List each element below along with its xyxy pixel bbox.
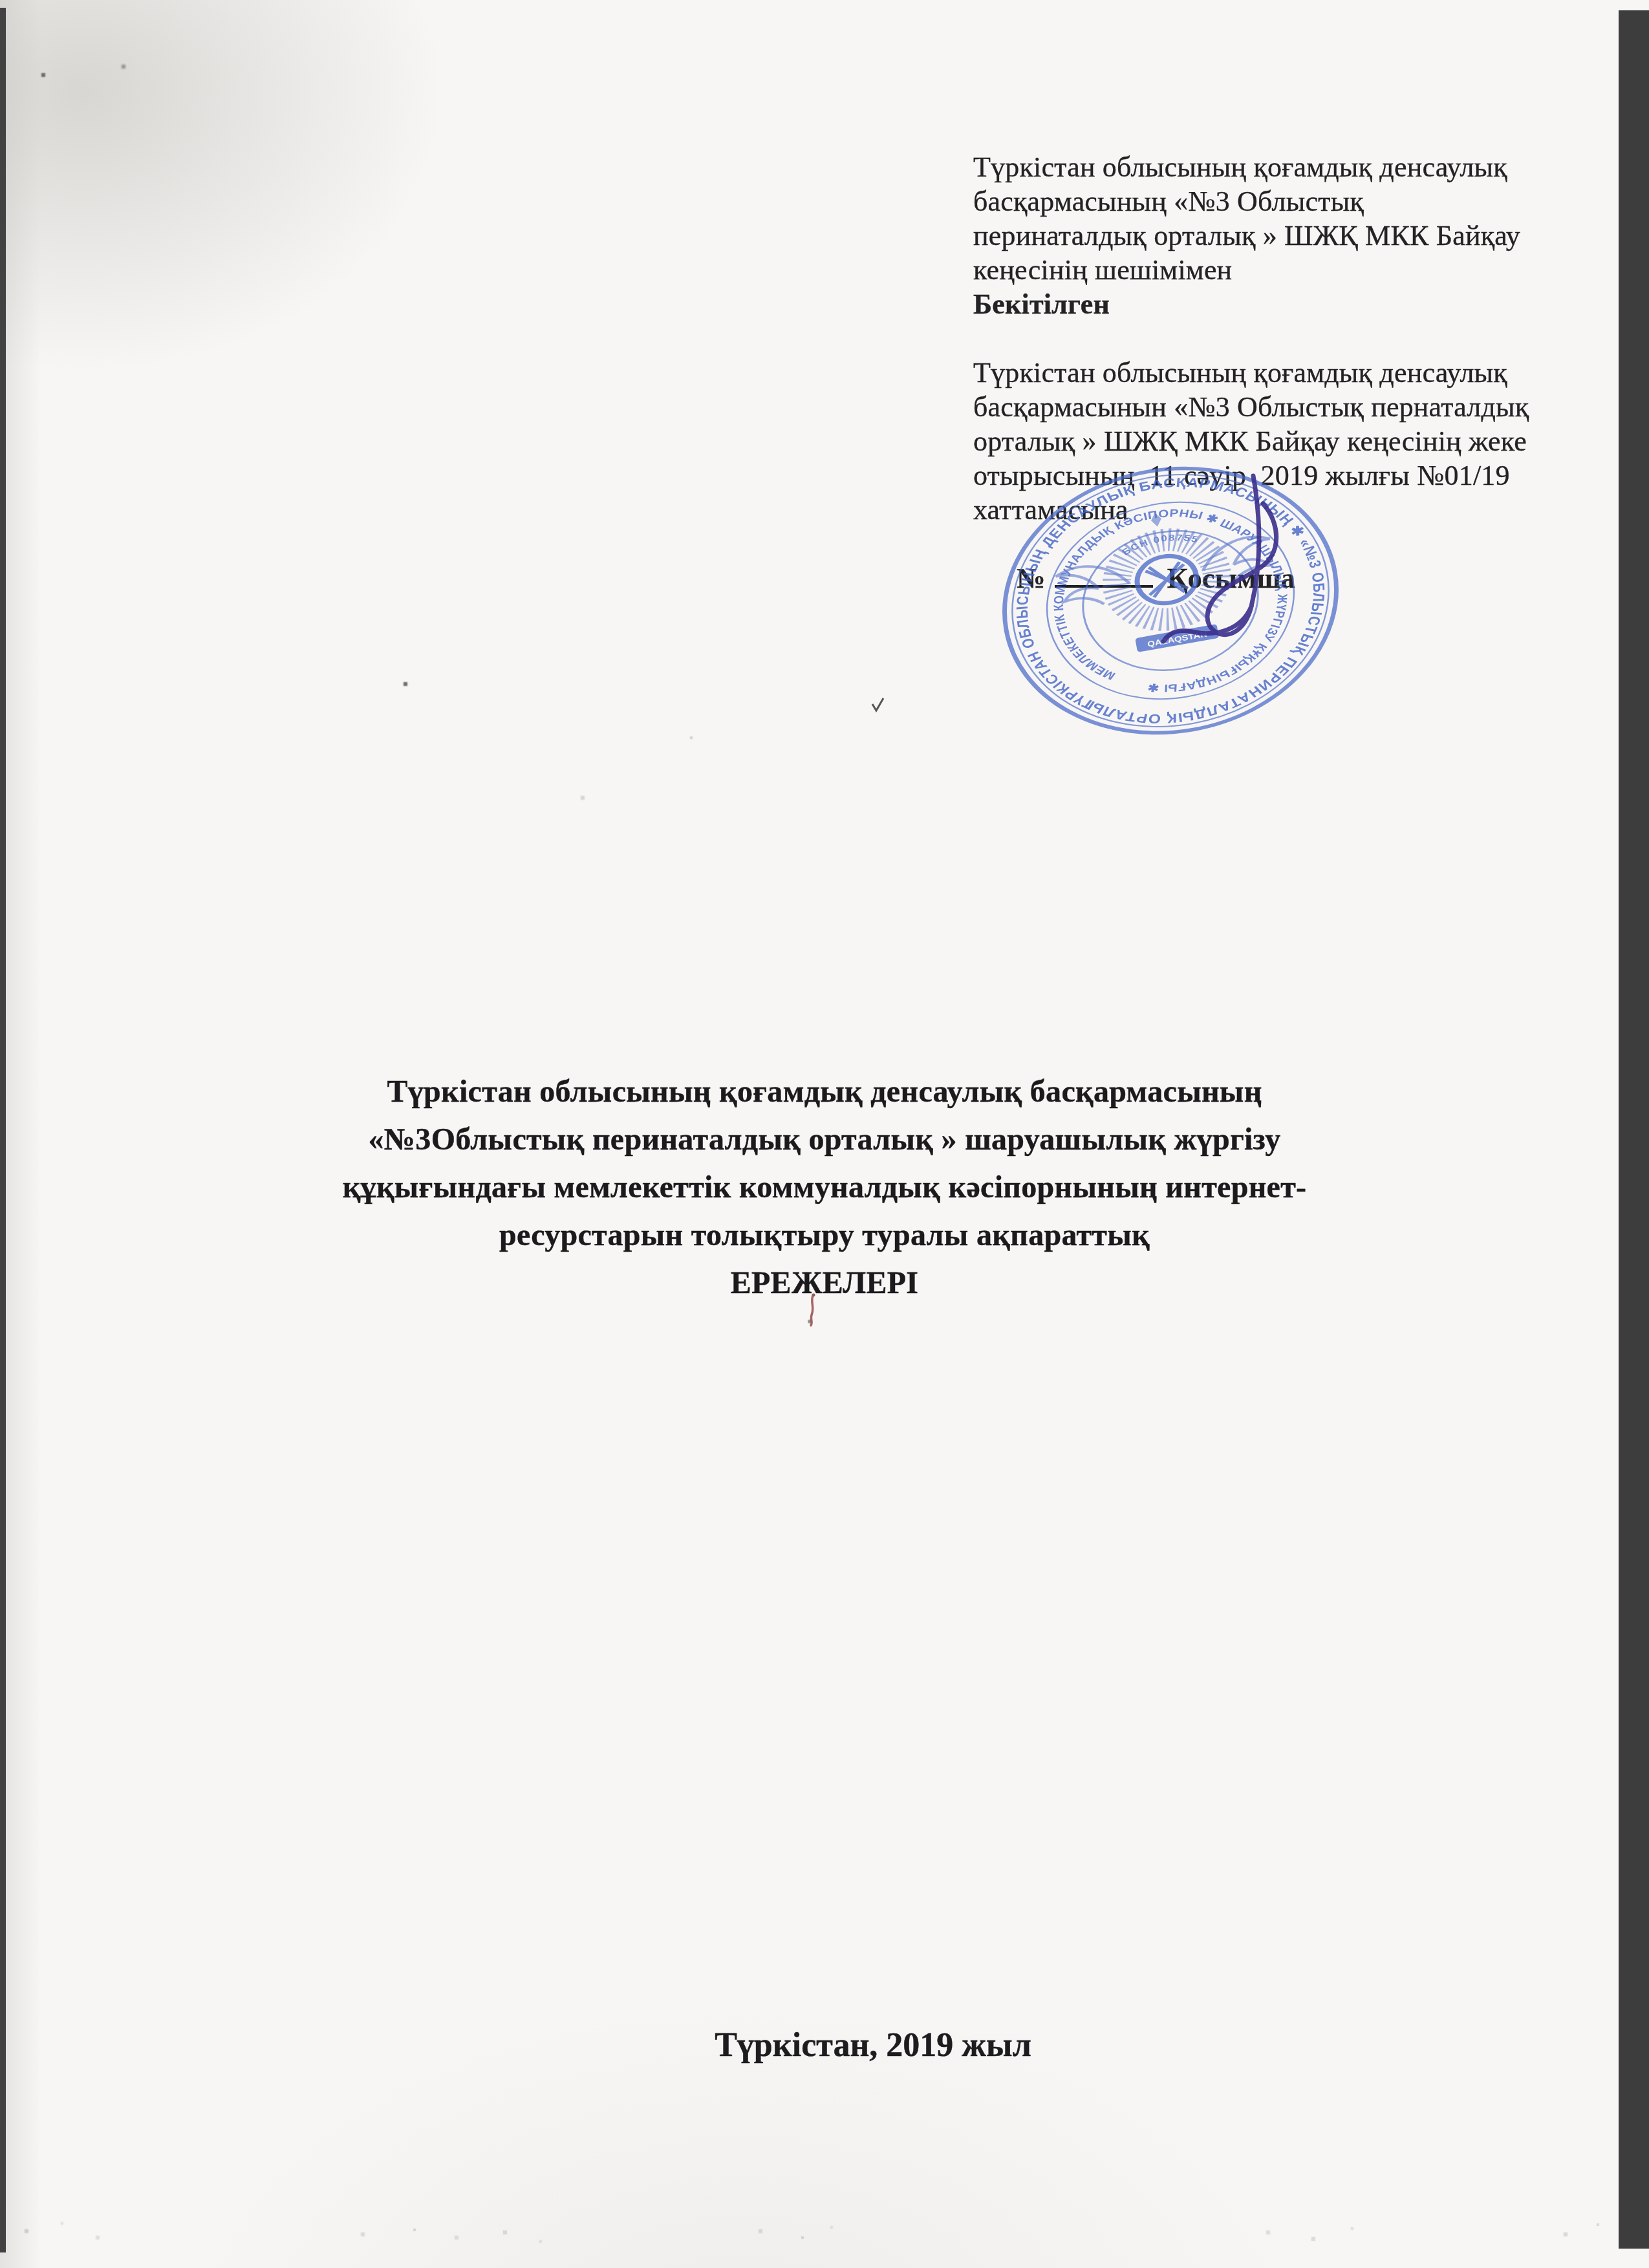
approval-text-line: Түркістан облысының қоғамдық денсаулық (973, 150, 1626, 184)
footer-city-year: Түркістан, 2019 жыл (660, 2026, 1086, 2064)
stray-check-mark (870, 697, 886, 714)
approved-label: Бекітілген (973, 287, 1626, 321)
title-line: «№3Облыстық перинаталдық орталық » шаруа… (184, 1116, 1465, 1164)
title-heading: ЕРЕЖЕЛЕРІ (184, 1259, 1465, 1307)
title-line: Түркістан облысының қоғамдық денсаулық б… (184, 1068, 1465, 1116)
scan-noise-speckles (0, 0, 1, 1)
scanner-edge-strip-left (0, 8, 6, 2252)
title-line: құқығындағы мемлекеттік коммуналдық кәсі… (184, 1164, 1465, 1212)
paragraph-gap (973, 321, 1626, 356)
approval-text-line: Түркістан облысының қоғамдық денсаулық (973, 356, 1626, 390)
title-line: ресурстарын толықтыру туралы ақпараттық (184, 1212, 1465, 1259)
red-ink-blotch (804, 1293, 823, 1327)
document-title: Түркістан облысының қоғамдық денсаулық б… (184, 1068, 1465, 1307)
pen-signature (1132, 446, 1339, 666)
scanned-document-page: Түркістан облысының қоғамдық денсаулық б… (0, 0, 1649, 2268)
approval-text-line: басқармасының «№3 Облыстық (973, 184, 1626, 219)
approval-text-line: кеңесінің шешімімен (973, 253, 1626, 287)
approval-text-line: перинаталдық орталық » ШЖҚ МКК Байқау (973, 219, 1626, 253)
